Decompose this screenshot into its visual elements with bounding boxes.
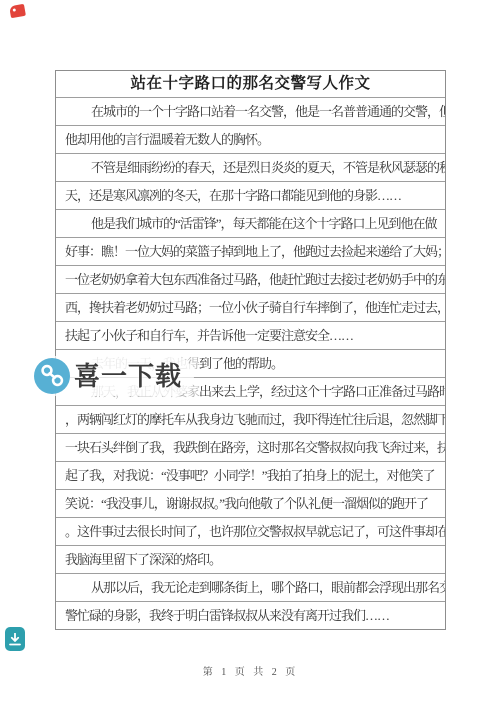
essay-line: 我脑海里留下了深深的烙印。: [56, 545, 445, 573]
watermark: 喜一下载: [32, 356, 194, 396]
watermark-brand: 喜一下载: [74, 358, 182, 394]
essay-line: 在城市的一个十字路口站着一名交警，他是一名普普通通的交警，但: [56, 97, 445, 125]
essay-line: 他却用他的言行温暖着无数人的胸怀。: [56, 125, 445, 153]
essay-line: ，两辆闯红灯的摩托车从我身边飞驰而过，我吓得连忙往后退，忽然脚下: [56, 405, 445, 433]
essay-line: 他是我们城市的“活雷锋”，每天都能在这个十字路口上见到他在做: [56, 209, 445, 237]
download-icon: [9, 633, 21, 646]
essay-line: 一位老奶奶拿着大包东西准备过马路，他赶忙跑过去接过老奶奶手中的东: [56, 265, 445, 293]
essay-line: 起了我，对我说：“没事吧？小同学！”我拍了拍身上的泥土，对他笑了: [56, 461, 445, 489]
red-tag-icon: [9, 4, 26, 18]
page: 站在十字路口的那名交警写人作文 在城市的一个十字路口站着一名交警，他是一名普普通…: [0, 0, 500, 708]
download-button[interactable]: [5, 627, 25, 651]
essay-line-text: 到了他的帮助。: [199, 356, 283, 371]
essay-line: 西，搀扶着老奶奶过马路；一位小伙子骑自行车摔倒了，他连忙走过去，: [56, 293, 445, 321]
essay-sheet: 站在十字路口的那名交警写人作文 在城市的一个十字路口站着一名交警，他是一名普普通…: [55, 70, 446, 630]
essay-line: 笑说：“我没事儿，谢谢叔叔。”我向他敬了个队礼便一溜烟似的跑开了: [56, 489, 445, 517]
essay-line: 一块石头绊倒了我，我跌倒在路旁，这时那名交警叔叔向我飞奔过来，扶: [56, 433, 445, 461]
essay-line: 不管是细雨纷纷的春天，还是烈日炎炎的夏天，不管是秋风瑟瑟的秋: [56, 153, 445, 181]
essay-line-text: 出来去上学，经过这个十字路口正准备过马路时: [199, 384, 445, 399]
essay-line: 扶起了小伙子和自行车，并告诉他一定要注意安全……: [56, 321, 445, 349]
essay-line: 警忙碌的身影，我终于明白雷锋叔叔从来没有离开过我们……: [56, 601, 445, 629]
essay-line: 好事：瞧！一位大妈的菜篮子掉到地上了，他跑过去捡起来递给了大妈；: [56, 237, 445, 265]
essay-line: 天，还是寒风凛冽的冬天，在那十字路口都能见到他的身影……: [56, 181, 445, 209]
page-footer: 第 1 页 共 2 页: [0, 663, 500, 678]
essay-line: 从那以后，我无论走到哪条街上，哪个路口，眼前都会浮现出那名交: [56, 573, 445, 601]
link-chain-icon: [34, 358, 70, 394]
essay-title: 站在十字路口的那名交警写人作文: [56, 71, 445, 97]
essay-line: 。这件事过去很长时间了，也许那位交警叔叔早就忘记了，可这件事却在: [56, 517, 445, 545]
